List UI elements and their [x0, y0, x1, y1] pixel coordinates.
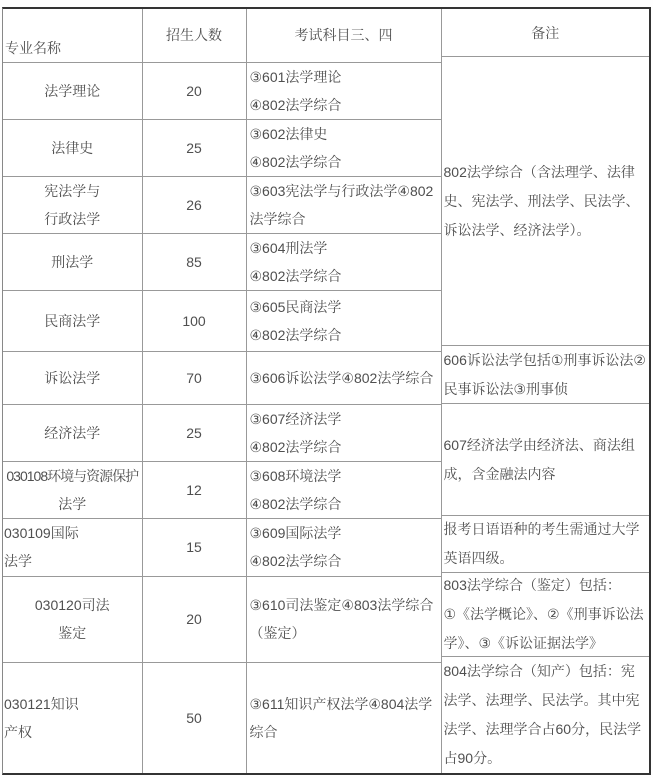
major-name-line: 030120司法	[4, 591, 141, 619]
major-name-line: 030109国际	[4, 519, 141, 547]
enrollment-count-cell: 25	[142, 119, 246, 176]
exam-subjects-cell: ③609国际法学④802法学综合	[246, 518, 441, 576]
table-row: 刑法学85③604刑法学④802法学综合	[3, 233, 441, 290]
exam-subject-item: ③611知识产权法学④804法学综合	[250, 690, 441, 746]
enrollment-count-cell: 85	[142, 233, 246, 290]
header-exam-subjects: 考试科目三、四	[246, 9, 441, 62]
note-paragraph: 803法学综合（鉴定）包括：	[444, 573, 647, 600]
major-name-line: 行政法学	[4, 205, 141, 233]
major-name-line: 法学理论	[4, 77, 141, 105]
major-name-line: 法学	[4, 547, 141, 575]
note-paragraph: 804法学综合（知产）包括：宪法学、法理学、民法学。其中宪法学、法理学合占60分…	[444, 657, 647, 773]
major-name-cell: 030108环境与资源保护法学	[3, 461, 142, 518]
exam-subject-item: ④802法学综合	[250, 490, 441, 518]
major-name-line: 鉴定	[4, 619, 141, 647]
major-name-line: 民商法学	[4, 307, 141, 335]
note-paragraph: 606诉讼法学包括①刑事诉讼法②民事诉讼法③刑事侦	[444, 346, 647, 404]
exam-subjects-cell: ③604刑法学④802法学综合	[246, 233, 441, 290]
enrollment-count-cell: 20	[142, 62, 246, 119]
exam-subjects-cell: ③610司法鉴定④803法学综合（鉴定）	[246, 576, 441, 662]
exam-subject-item: ④802法学综合	[250, 321, 441, 349]
enrollment-count-cell: 70	[142, 351, 246, 404]
exam-subject-item: ③607经济法学	[250, 405, 441, 433]
table-row: 030120司法鉴定20③610司法鉴定④803法学综合（鉴定）	[3, 576, 441, 662]
exam-subject-item: ③605民商法学	[250, 293, 441, 321]
table-row: 030121知识产权50③611知识产权法学④804法学综合	[3, 662, 441, 773]
exam-subject-item: ④802法学综合	[250, 547, 441, 575]
exam-subjects-cell: ③601法学理论④802法学综合	[246, 62, 441, 119]
enrollment-count-cell: 20	[142, 576, 246, 662]
header-enrollment-count: 招生人数	[142, 9, 246, 62]
exam-subject-item: ④802法学综合	[250, 148, 441, 176]
exam-subjects-cell: ③606诉讼法学④802法学综合	[246, 351, 441, 404]
major-name-line: 产权	[4, 718, 141, 746]
major-name-line: 诉讼法学	[4, 364, 141, 392]
major-name-cell: 刑法学	[3, 233, 142, 290]
table-row: 030108环境与资源保护法学12③608环境法学④802法学综合	[3, 461, 441, 518]
exam-subject-item: ④802法学综合	[250, 262, 441, 290]
majors-table: 专业名称 招生人数 考试科目三、四 法学理论20③601法学理论④802法学综合…	[3, 9, 442, 773]
note-paragraph: ①《法学概论》、②《刑事诉讼法学》、③《诉讼证据法学》	[444, 600, 647, 657]
major-name-cell: 民商法学	[3, 290, 142, 351]
table-row: 法律史25③602法律史④802法学综合	[3, 119, 441, 176]
enrollment-count-cell: 100	[142, 290, 246, 351]
major-name-cell: 法律史	[3, 119, 142, 176]
exam-subjects-cell: ③608环境法学④802法学综合	[246, 461, 441, 518]
major-name-line: 经济法学	[4, 419, 141, 447]
major-name-line: 030121知识	[4, 690, 141, 718]
note-cell: 报考日语语种的考生需通过大学英语四级。	[442, 516, 650, 573]
table-row: 经济法学25③607经济法学④802法学综合	[3, 404, 441, 461]
note-paragraph: 607经济法学由经济法、商法组成，含金融法内容	[444, 431, 647, 489]
exam-subjects-cell: ③602法律史④802法学综合	[246, 119, 441, 176]
major-name-line: 030108环境与资源保护	[4, 462, 141, 490]
major-name-cell: 030121知识产权	[3, 662, 142, 773]
admissions-page: { "header": { "major": "专业名称", "count": …	[0, 0, 653, 778]
exam-subject-item: ④802法学综合	[250, 91, 441, 119]
exam-subject-item: ④802法学综合	[250, 433, 441, 461]
exam-subjects-cell: ③603宪法学与行政法学④802法学综合	[246, 176, 441, 233]
header-row: 专业名称 招生人数 考试科目三、四	[3, 9, 441, 62]
exam-subject-item: ③602法律史	[250, 120, 441, 148]
note-paragraph: 802法学综合（含法理学、法律史、宪法学、刑法学、民法学、诉讼法学、经济法学）。	[444, 158, 647, 245]
major-name-cell: 030120司法鉴定	[3, 576, 142, 662]
exam-subject-item: ③609国际法学	[250, 519, 441, 547]
exam-subject-item: ③608环境法学	[250, 462, 441, 490]
major-name-cell: 经济法学	[3, 404, 142, 461]
major-name-line: 法学	[4, 490, 141, 518]
major-name-cell: 诉讼法学	[3, 351, 142, 404]
major-name-cell: 030109国际法学	[3, 518, 142, 576]
table-row: 诉讼法学70③606诉讼法学④802法学综合	[3, 351, 441, 404]
exam-subject-item: ③610司法鉴定④803法学综合（鉴定）	[250, 591, 441, 647]
note-cell: 607经济法学由经济法、商法组成，含金融法内容	[442, 404, 650, 516]
note-cell: 804法学综合（知产）包括：宪法学、法理学、民法学。其中宪法学、法理学合占60分…	[442, 657, 650, 773]
major-name-cell: 宪法学与行政法学	[3, 176, 142, 233]
enrollment-count-cell: 25	[142, 404, 246, 461]
exam-subjects-cell: ③611知识产权法学④804法学综合	[246, 662, 441, 773]
major-name-line: 宪法学与	[4, 177, 141, 205]
header-notes: 备注	[442, 9, 650, 57]
major-name-cell: 法学理论	[3, 62, 142, 119]
table-row: 030109国际法学15③609国际法学④802法学综合	[3, 518, 441, 576]
note-paragraph: 报考日语语种的考生需通过大学英语四级。	[444, 516, 647, 573]
table-row: 宪法学与行政法学26③603宪法学与行政法学④802法学综合	[3, 176, 441, 233]
notes-cells: 802法学综合（含法理学、法律史、宪法学、刑法学、民法学、诉讼法学、经济法学）。…	[442, 57, 650, 773]
exam-subject-item: ③606诉讼法学④802法学综合	[250, 364, 441, 392]
note-cell: 802法学综合（含法理学、法律史、宪法学、刑法学、民法学、诉讼法学、经济法学）。	[442, 57, 650, 346]
exam-subject-item: ③603宪法学与行政法学④802法学综合	[250, 177, 441, 233]
exam-subject-item: ③604刑法学	[250, 234, 441, 262]
major-name-line: 刑法学	[4, 248, 141, 276]
enrollment-count-cell: 50	[142, 662, 246, 773]
notes-column: 备注 802法学综合（含法理学、法律史、宪法学、刑法学、民法学、诉讼法学、经济法…	[442, 9, 650, 773]
exam-subjects-cell: ③605民商法学④802法学综合	[246, 290, 441, 351]
enrollment-count-cell: 15	[142, 518, 246, 576]
note-cell: 803法学综合（鉴定）包括：①《法学概论》、②《刑事诉讼法学》、③《诉讼证据法学…	[442, 573, 650, 657]
admissions-table: 专业名称 招生人数 考试科目三、四 法学理论20③601法学理论④802法学综合…	[2, 7, 651, 775]
table-row: 民商法学100③605民商法学④802法学综合	[3, 290, 441, 351]
enrollment-count-cell: 12	[142, 461, 246, 518]
exam-subject-item: ③601法学理论	[250, 63, 441, 91]
header-major-name: 专业名称	[3, 9, 142, 62]
enrollment-count-cell: 26	[142, 176, 246, 233]
exam-subjects-cell: ③607经济法学④802法学综合	[246, 404, 441, 461]
note-cell: 606诉讼法学包括①刑事诉讼法②民事诉讼法③刑事侦	[442, 346, 650, 404]
major-name-line: 法律史	[4, 134, 141, 162]
table-row: 法学理论20③601法学理论④802法学综合	[3, 62, 441, 119]
